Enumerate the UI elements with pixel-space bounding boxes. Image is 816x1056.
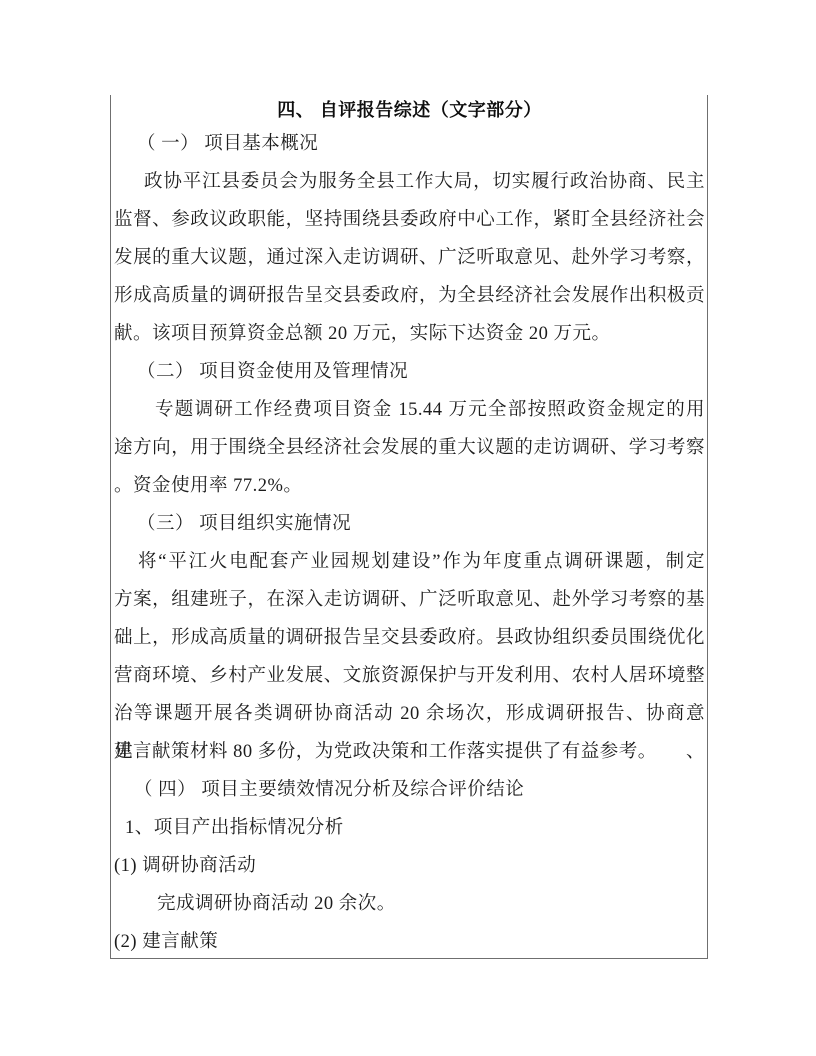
para-1-line-3: 发展的重大议题，通过深入走访调研、广泛听取意见、赴外学习考察， bbox=[114, 239, 705, 277]
para-3-line-1: 将“平江火电配套产业园规划建设”作为年度重点调研课题，制定 bbox=[114, 543, 705, 581]
sub-item-2: (2) 建言献策 bbox=[114, 923, 705, 959]
heading-section-3: （三） 项目组织实施情况 bbox=[114, 505, 705, 543]
para-3-line-3: 础上，形成高质量的调研报告呈交县委政府。县政协组织委员围绕优化 bbox=[114, 619, 705, 657]
sub-item-1: (1) 调研协商活动 bbox=[114, 847, 705, 885]
sub-item-1-detail: 完成调研协商活动 20 余次。 bbox=[114, 885, 705, 923]
para-3-line-6: 建言献策材料 80 多份，为党政决策和工作落实提供了有益参考。 bbox=[114, 733, 705, 771]
numbered-item-1: 1、项目产出指标情况分析 bbox=[114, 809, 705, 847]
para-1-line-4: 形成高质量的调研报告呈交县委政府，为全县经济社会发展作出积极贡 bbox=[114, 277, 705, 315]
para-1-line-1: 政协平江县委员会为服务全县工作大局，切实履行政治协商、民主 bbox=[114, 163, 705, 201]
para-3-line-2: 方案，组建班子，在深入走访调研、广泛听取意见、赴外学习考察的基 bbox=[114, 581, 705, 619]
para-3-line-4: 营商环境、乡村产业发展、文旅资源保护与开发利用、农村人居环境整 bbox=[114, 657, 705, 695]
report-section-title: 四、 自评报告综述（文字部分） bbox=[114, 95, 705, 125]
document-page: 四、 自评报告综述（文字部分） （ 一） 项目基本概况 政协平江县委员会为服务全… bbox=[0, 0, 816, 1056]
para-1-line-5: 献。该项目预算资金总额 20 万元，实际下达资金 20 万元。 bbox=[114, 315, 705, 353]
heading-section-4: （ 四） 项目主要绩效情况分析及综合评价结论 bbox=[114, 771, 705, 809]
para-2-line-2: 途方向，用于围绕全县经济社会发展的重大议题的走访调研、学习考察 bbox=[114, 429, 705, 467]
para-2-line-3: 。资金使用率 77.2%。 bbox=[114, 467, 705, 505]
report-table-cell: 四、 自评报告综述（文字部分） （ 一） 项目基本概况 政协平江县委员会为服务全… bbox=[110, 95, 708, 959]
heading-section-2: （二） 项目资金使用及管理情况 bbox=[114, 353, 705, 391]
para-2-line-1: 专题调研工作经费项目资金 15.44 万元全部按照政资金规定的用 bbox=[114, 391, 705, 429]
para-3-line-5: 治等课题开展各类调研协商活动 20 余场次，形成调研报告、协商意见、 bbox=[114, 695, 705, 733]
heading-section-1: （ 一） 项目基本概况 bbox=[114, 125, 705, 163]
para-1-line-2: 监督、参政议政职能，坚持围绕县委政府中心工作，紧盯全县经济社会 bbox=[114, 201, 705, 239]
